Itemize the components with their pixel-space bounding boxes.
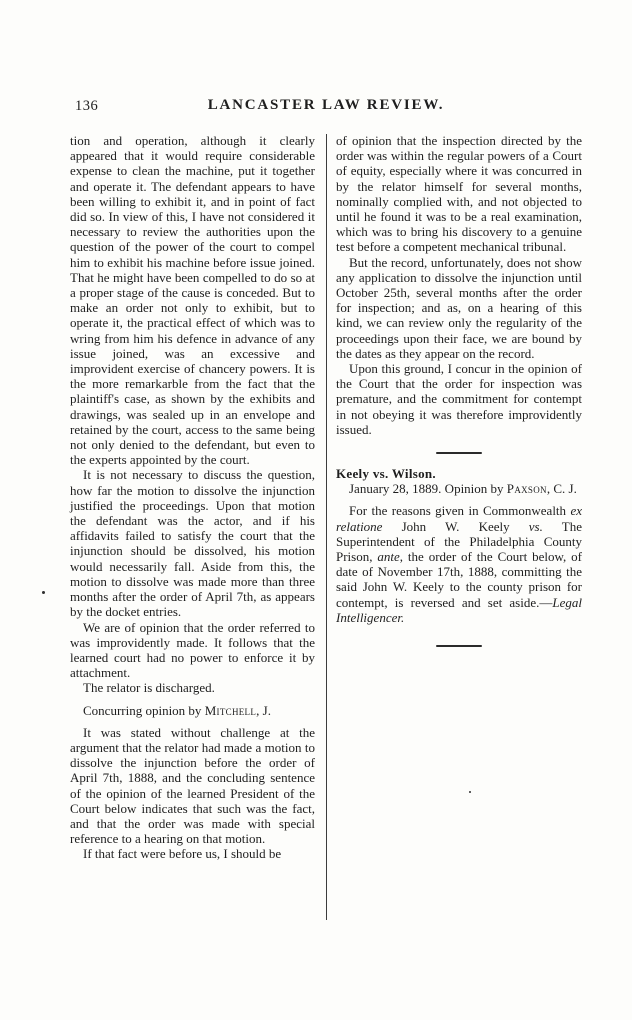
body-paragraph: It is not necessary to discuss the quest… (70, 467, 315, 619)
judge-name-paxson: Paxson (507, 481, 547, 496)
left-column: tion and operation, although it clearly … (70, 133, 315, 862)
scanned-law-review-page: 136 LANCASTER LAW REVIEW. tion and opera… (0, 0, 632, 1020)
end-of-case-rule (436, 645, 482, 647)
concurring-prefix: Concurring opinion by (83, 703, 205, 718)
ink-speck (42, 591, 45, 594)
case-body-paragraph: For the reasons given in Commonwealth ex… (336, 503, 582, 625)
body-paragraph: But the record, unfortunately, does not … (336, 255, 582, 361)
concurring-suffix: , J. (256, 703, 271, 718)
body-paragraph: If that fact were before us, I should be (70, 846, 315, 861)
body-paragraph: tion and operation, although it clearly … (70, 133, 315, 467)
body-paragraph: The relator is discharged. (70, 680, 315, 695)
case-date-line: January 28, 1889. Opinion by Paxson, C. … (336, 481, 582, 496)
page-title: LANCASTER LAW REVIEW. (70, 97, 582, 114)
concurring-opinion-line: Concurring opinion by Mitchell, J. (70, 703, 315, 718)
ink-speck (469, 791, 471, 793)
date-line-prefix: January 28, 1889. Opinion by (349, 481, 507, 496)
body-paragraph: Upon this ground, I concur in the opinio… (336, 361, 582, 437)
right-column: of opinion that the inspection directed … (336, 133, 582, 862)
date-line-suffix: , C. J. (547, 481, 577, 496)
body-paragraph: It was stated without challenge at the a… (70, 725, 315, 847)
body-paragraph: of opinion that the inspection directed … (336, 133, 582, 255)
judge-name-mitchell: Mitchell (205, 703, 256, 718)
running-head: 136 LANCASTER LAW REVIEW. (70, 97, 582, 119)
case-heading: Keely vs. Wilson. (336, 466, 582, 481)
text-columns: tion and operation, although it clearly … (70, 133, 582, 862)
body-paragraph: We are of opinion that the order referre… (70, 620, 315, 681)
section-separator-rule (436, 452, 482, 454)
